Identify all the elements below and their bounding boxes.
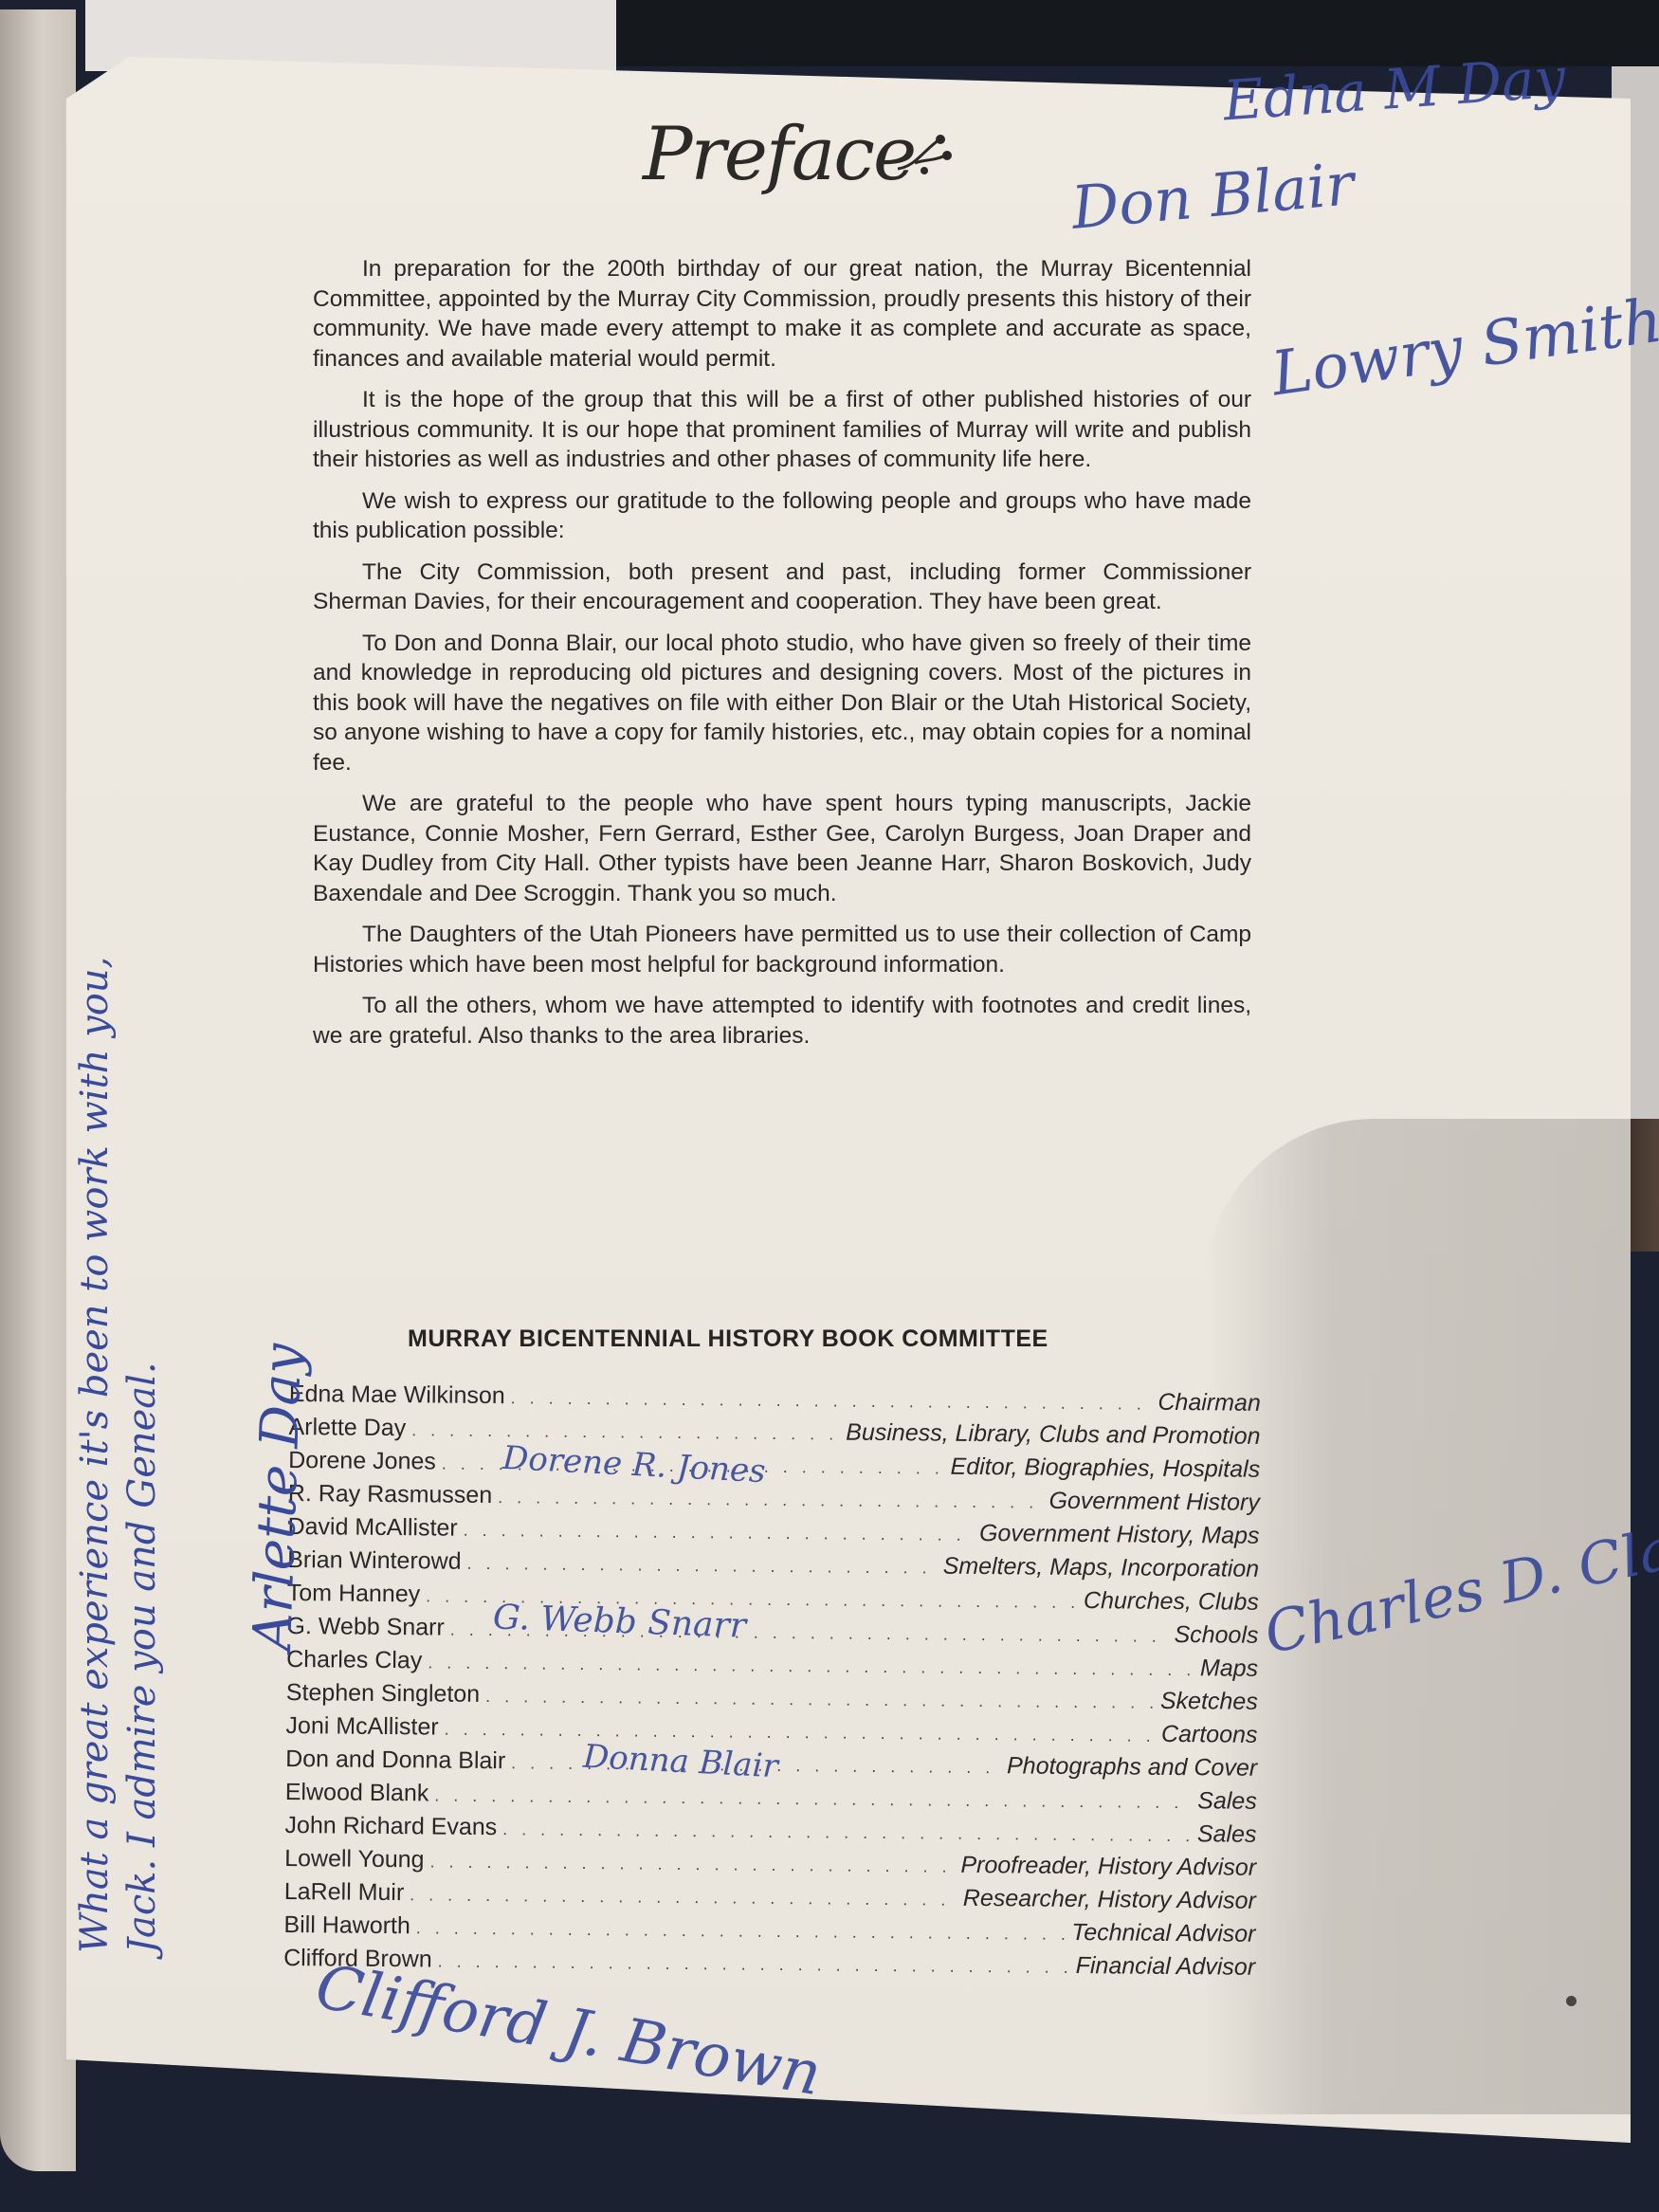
dot-leader — [445, 1720, 1157, 1746]
member-name: John Richard Evans — [284, 1812, 497, 1841]
member-name: Brian Winterowd — [287, 1546, 462, 1576]
preface-paragraph: We wish to express our gratitude to the … — [313, 486, 1251, 546]
member-role: Financial Advisor — [1076, 1952, 1256, 1982]
preface-paragraph: In preparation for the 200th birthday of… — [313, 254, 1251, 374]
page-title: Preface — [643, 112, 915, 197]
member-name: Charles Clay — [286, 1646, 422, 1674]
preface-body: In preparation for the 200th birthday of… — [313, 254, 1251, 1062]
dot-leader — [466, 1554, 937, 1579]
member-name: Joni McAllister — [285, 1712, 438, 1742]
member-role: Smelters, Maps, Incorporation — [943, 1553, 1260, 1583]
preface-paragraph: It is the hope of the group that this wi… — [313, 385, 1251, 475]
member-name: Bill Haworth — [283, 1911, 410, 1940]
member-name: David McAllister — [287, 1513, 457, 1543]
dot-leader — [511, 1388, 1153, 1414]
member-role: Proofreader, History Advisor — [960, 1852, 1256, 1882]
member-name: Lowell Young — [284, 1845, 425, 1874]
dot-leader — [502, 1819, 1192, 1846]
dot-leader — [438, 1952, 1070, 1978]
member-role: Government History — [1048, 1488, 1260, 1517]
dot-leader — [485, 1687, 1155, 1713]
committee-list: Edna Mae WilkinsonChairmanArlette DayBus… — [283, 1380, 1261, 1987]
dot-leader — [429, 1852, 955, 1876]
member-role: Government History, Maps — [979, 1520, 1260, 1550]
dot-leader — [498, 1488, 1044, 1513]
preface-paragraph: The Daughters of the Utah Pioneers have … — [313, 920, 1251, 979]
member-role: Chairman — [1158, 1389, 1261, 1417]
dot-leader — [464, 1521, 975, 1545]
dot-leader — [428, 1653, 1194, 1680]
member-name: Edna Mae Wilkinson — [289, 1380, 505, 1410]
member-role: Photographs and Cover — [1007, 1752, 1257, 1782]
dot-leader — [410, 1885, 957, 1910]
preface-paragraph: The City Commission, both present and pa… — [313, 558, 1251, 617]
member-name: Stephen Singleton — [286, 1679, 481, 1709]
dot-leader — [434, 1785, 1192, 1813]
member-role: Editor, Biographies, Hospitals — [950, 1453, 1260, 1484]
preface-paragraph: We are grateful to the people who have s… — [313, 789, 1251, 908]
member-role: Sales — [1197, 1820, 1257, 1849]
member-name: Dorene Jones — [288, 1447, 436, 1475]
handwritten-margin-note: What a great experience it's been to wor… — [71, 872, 166, 1953]
member-role: Business, Library, Clubs and Promotion — [846, 1419, 1261, 1451]
member-name: G. Webb Snarr — [286, 1613, 445, 1642]
member-role: Maps — [1200, 1654, 1258, 1683]
member-role: Cartoons — [1161, 1721, 1258, 1749]
committee-heading: MURRAY BICENTENNIAL HISTORY BOOK COMMITT… — [408, 1325, 1048, 1353]
member-name: Don and Donna Blair — [285, 1746, 505, 1775]
member-name: R. Ray Rasmussen — [288, 1480, 493, 1509]
ink-dot — [1566, 1996, 1577, 2006]
facing-page-edge — [0, 9, 76, 2171]
dot-leader — [411, 1420, 840, 1444]
flourish-ornament-icon — [896, 131, 953, 178]
member-name: LaRell Muir — [284, 1878, 405, 1907]
member-role: Sales — [1197, 1787, 1257, 1816]
member-role: Technical Advisor — [1071, 1919, 1255, 1948]
member-role: Sketches — [1160, 1688, 1258, 1716]
member-role: Schools — [1174, 1621, 1258, 1650]
dot-leader — [416, 1918, 1066, 1945]
member-name: Elwood Blank — [285, 1779, 429, 1807]
member-role: Churches, Clubs — [1084, 1587, 1259, 1617]
handwritten-margin-signature: Arlette Day — [242, 1343, 314, 1652]
member-role: Researcher, History Advisor — [963, 1885, 1256, 1915]
member-name: Tom Hanney — [287, 1580, 421, 1608]
preface-paragraph: To Don and Donna Blair, our local photo … — [313, 629, 1251, 778]
preface-paragraph: To all the others, whom we have attempte… — [313, 991, 1251, 1051]
